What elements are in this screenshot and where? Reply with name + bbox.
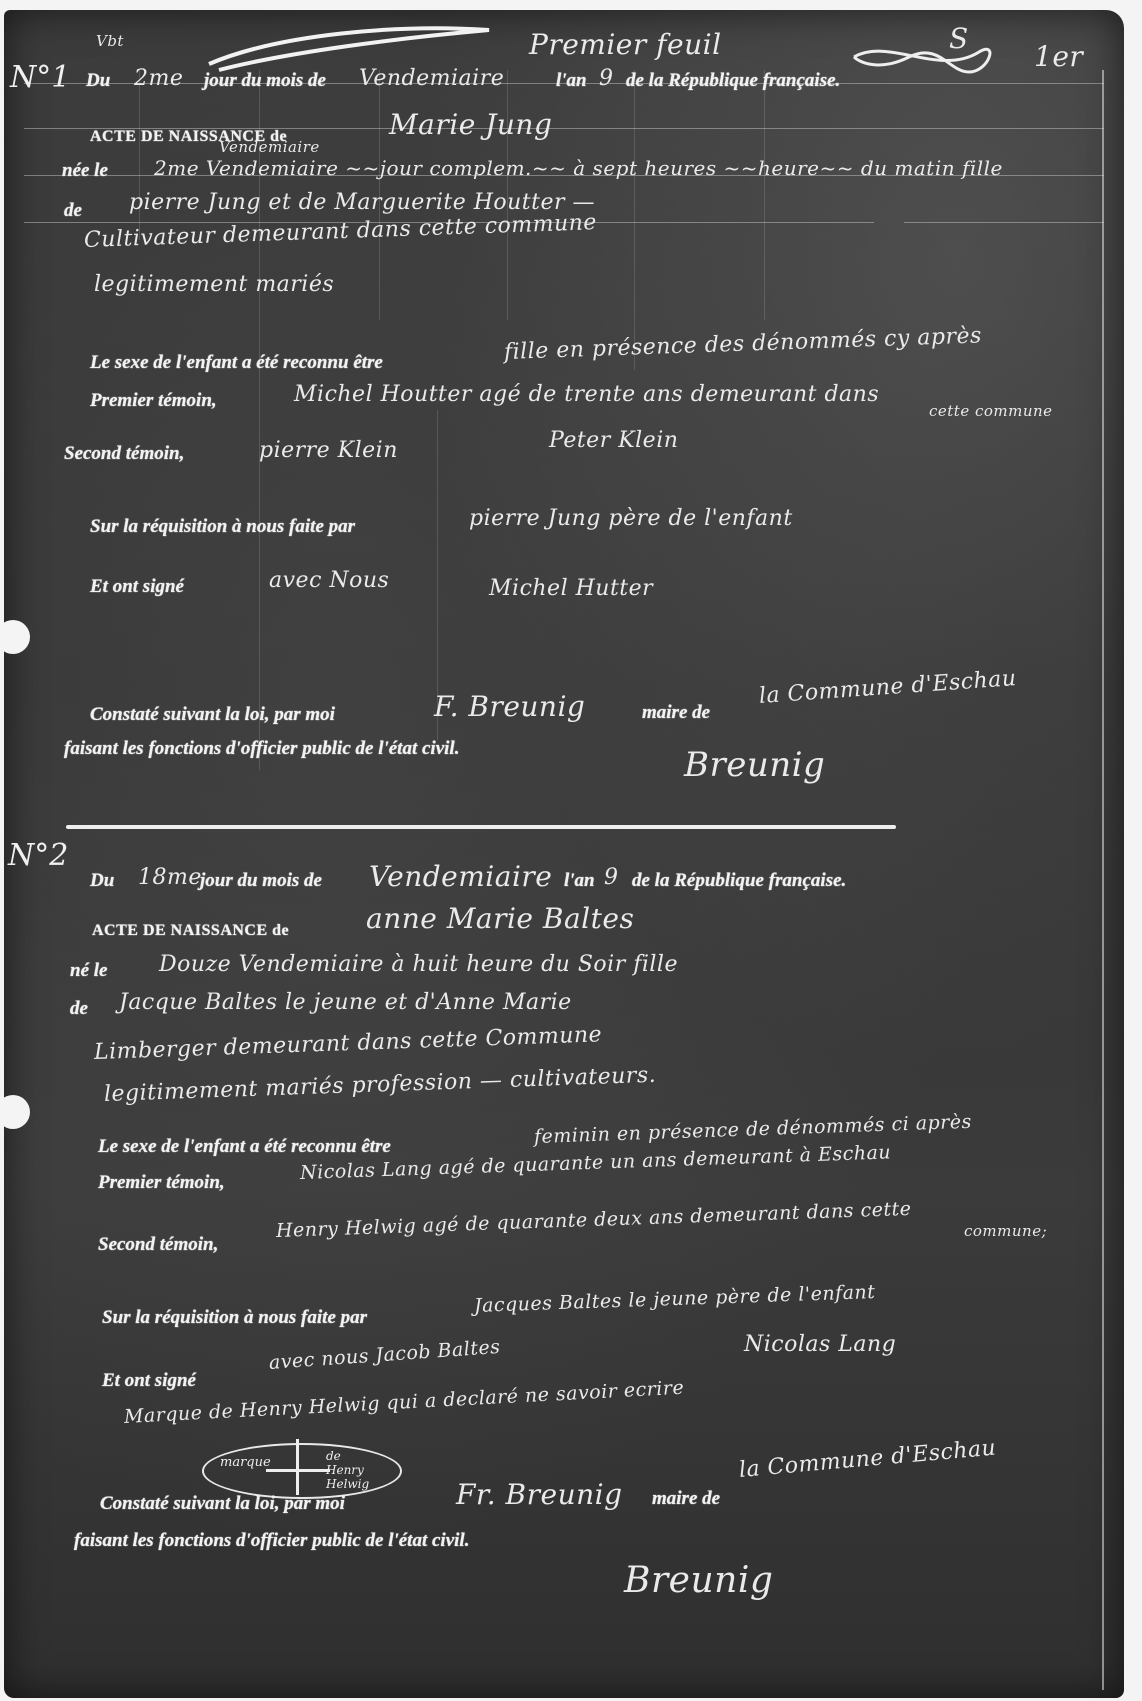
- officer-name: F. Breunig: [434, 690, 585, 723]
- first-witness-continuation: cette commune: [929, 402, 1053, 420]
- parents-line: legitimement mariés profession — cultiva…: [104, 1063, 657, 1107]
- folio-flourish-icon: [849, 32, 1019, 82]
- date-suffix: de la République française.: [626, 70, 840, 92]
- date-day-label: jour du mois de: [204, 70, 326, 92]
- date-day-label: jour du mois de: [200, 870, 322, 892]
- page-number: 1er: [1034, 40, 1083, 73]
- child-name: Marie Jung: [389, 108, 552, 141]
- certification-line2: faisant les fonctions d'officier public …: [64, 738, 459, 760]
- rule-line: [634, 70, 635, 370]
- parents-line: Limberger demeurant dans cette Commune: [94, 1022, 603, 1065]
- parents-line: pierre Jung et de Marguerite Houtter —: [129, 190, 595, 215]
- date-month: Vendemiaire: [359, 66, 504, 91]
- first-witness-label: Premier témoin,: [98, 1172, 225, 1194]
- requisition-signature: Nicolas Lang: [744, 1332, 896, 1357]
- punch-hole: [0, 1095, 30, 1129]
- record-number: N°1: [10, 60, 70, 95]
- register-page: Premier feuil S 1er N°1 Vbt Du 2me jour …: [4, 10, 1124, 1698]
- page-border: [1102, 70, 1104, 1690]
- second-witness-label: Second témoin,: [64, 443, 184, 465]
- requisition-value: Jacques Baltes le jeune père de l'enfant: [474, 1281, 876, 1317]
- parents-label: de: [70, 998, 88, 1020]
- second-witness-signature: Peter Klein: [549, 428, 678, 453]
- folio-header: Premier feuil: [529, 28, 722, 61]
- birth-label: né le: [70, 960, 107, 982]
- witness-mark: marque de Henry Helwig: [202, 1443, 402, 1499]
- date-year: 9: [599, 66, 614, 91]
- mayor-label: maire de: [642, 702, 710, 724]
- certification-label: Constaté suivant la loi, par moi: [100, 1493, 345, 1515]
- requisition-label: Sur la réquisition à nous faite par: [90, 516, 355, 538]
- signed-value: avec nous Jacob Baltes: [268, 1336, 501, 1374]
- commune-name: la Commune d'Eschau: [738, 1436, 997, 1483]
- first-witness-label: Premier témoin,: [90, 390, 217, 412]
- signed-label: Et ont signé: [102, 1370, 196, 1392]
- sex-label: Le sexe de l'enfant a été reconnu être: [90, 352, 383, 374]
- birth-label: née le: [62, 160, 108, 182]
- second-witness-value: Henry Helwig agé de quarante deux ans de…: [276, 1198, 912, 1242]
- date-suffix: de la République française.: [632, 870, 846, 892]
- mark-label: marque: [220, 1455, 271, 1470]
- date-day: 18me: [138, 865, 202, 890]
- birth-insertion: Vendemiaire: [219, 138, 320, 156]
- mayor-signature: Breunig: [624, 1560, 773, 1601]
- date-prefix: Du: [86, 70, 110, 92]
- signed-line2: Marque de Henry Helwig qui a declaré ne …: [123, 1377, 684, 1428]
- birth-details: 2me Vendemiaire ~~jour complem.~~ à sept…: [154, 156, 1003, 180]
- date-year: 9: [604, 865, 619, 890]
- parents-label: de: [64, 200, 82, 222]
- signed-value: avec Nous: [269, 568, 389, 593]
- mayor-label: maire de: [652, 1488, 720, 1510]
- date-year-label: l'an: [564, 870, 595, 892]
- requisition-label: Sur la réquisition à nous faite par: [102, 1307, 367, 1329]
- record-number: N°2: [8, 838, 68, 873]
- commune-name: la Commune d'Eschau: [758, 666, 1017, 709]
- signed-signature: Michel Hutter: [489, 576, 653, 601]
- cross-icon: [296, 1439, 299, 1495]
- second-witness-value: pierre Klein: [259, 438, 398, 463]
- date-year-label: l'an: [556, 70, 587, 92]
- parents-line: legitimement mariés: [94, 272, 334, 297]
- sex-value: fille en présence des dénommés cy après: [504, 323, 983, 365]
- date-prefix: Du: [90, 870, 114, 892]
- signed-label: Et ont signé: [90, 576, 184, 598]
- sex-label: Le sexe de l'enfant a été reconnu être: [98, 1136, 391, 1158]
- margin-annotation: Vbt: [96, 32, 124, 50]
- mark-name: de Henry Helwig: [326, 1449, 369, 1491]
- folio-mark: S: [949, 22, 969, 55]
- rule-line: [764, 70, 765, 320]
- officer-name: Fr. Breunig: [456, 1478, 623, 1511]
- parents-line: Cultivateur demeurant dans cette commune: [84, 210, 598, 253]
- birth-details: Douze Vendemiaire à huit heure du Soir f…: [159, 952, 678, 977]
- second-witness-continuation: commune;: [964, 1222, 1047, 1240]
- punch-hole: [0, 620, 30, 654]
- sex-value: feminin en présence de dénommés ci après: [534, 1111, 973, 1148]
- record-divider: [66, 825, 896, 829]
- first-witness-value: Michel Houtter agé de trente ans demeura…: [294, 382, 879, 407]
- certification-label: Constaté suivant la loi, par moi: [90, 704, 335, 726]
- certification-line2: faisant les fonctions d'officier public …: [74, 1530, 469, 1552]
- second-witness-label: Second témoin,: [98, 1234, 218, 1256]
- child-name: anne Marie Baltes: [366, 902, 634, 935]
- parents-line: Jacque Baltes le jeune et d'Anne Marie: [119, 990, 572, 1015]
- acte-label: ACTE DE NAISSANCE de: [92, 922, 289, 940]
- mayor-signature: Breunig: [684, 745, 825, 785]
- date-month: Vendemiaire: [369, 860, 552, 893]
- requisition-value: pierre Jung père de l'enfant: [469, 506, 793, 531]
- rule-line: [904, 222, 1104, 223]
- date-day: 2me: [134, 66, 183, 91]
